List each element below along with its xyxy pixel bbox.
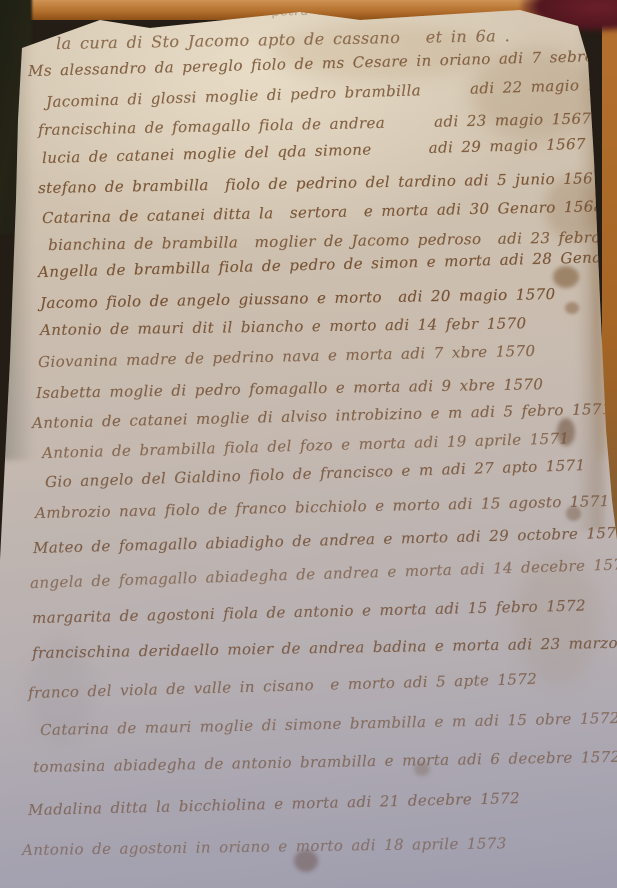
manuscript-page: 1566 adi 7 settembre petra et piu e soma… (0, 0, 617, 888)
manuscript-photo: 1566 adi 7 settembre petra et piu e soma… (0, 0, 617, 888)
